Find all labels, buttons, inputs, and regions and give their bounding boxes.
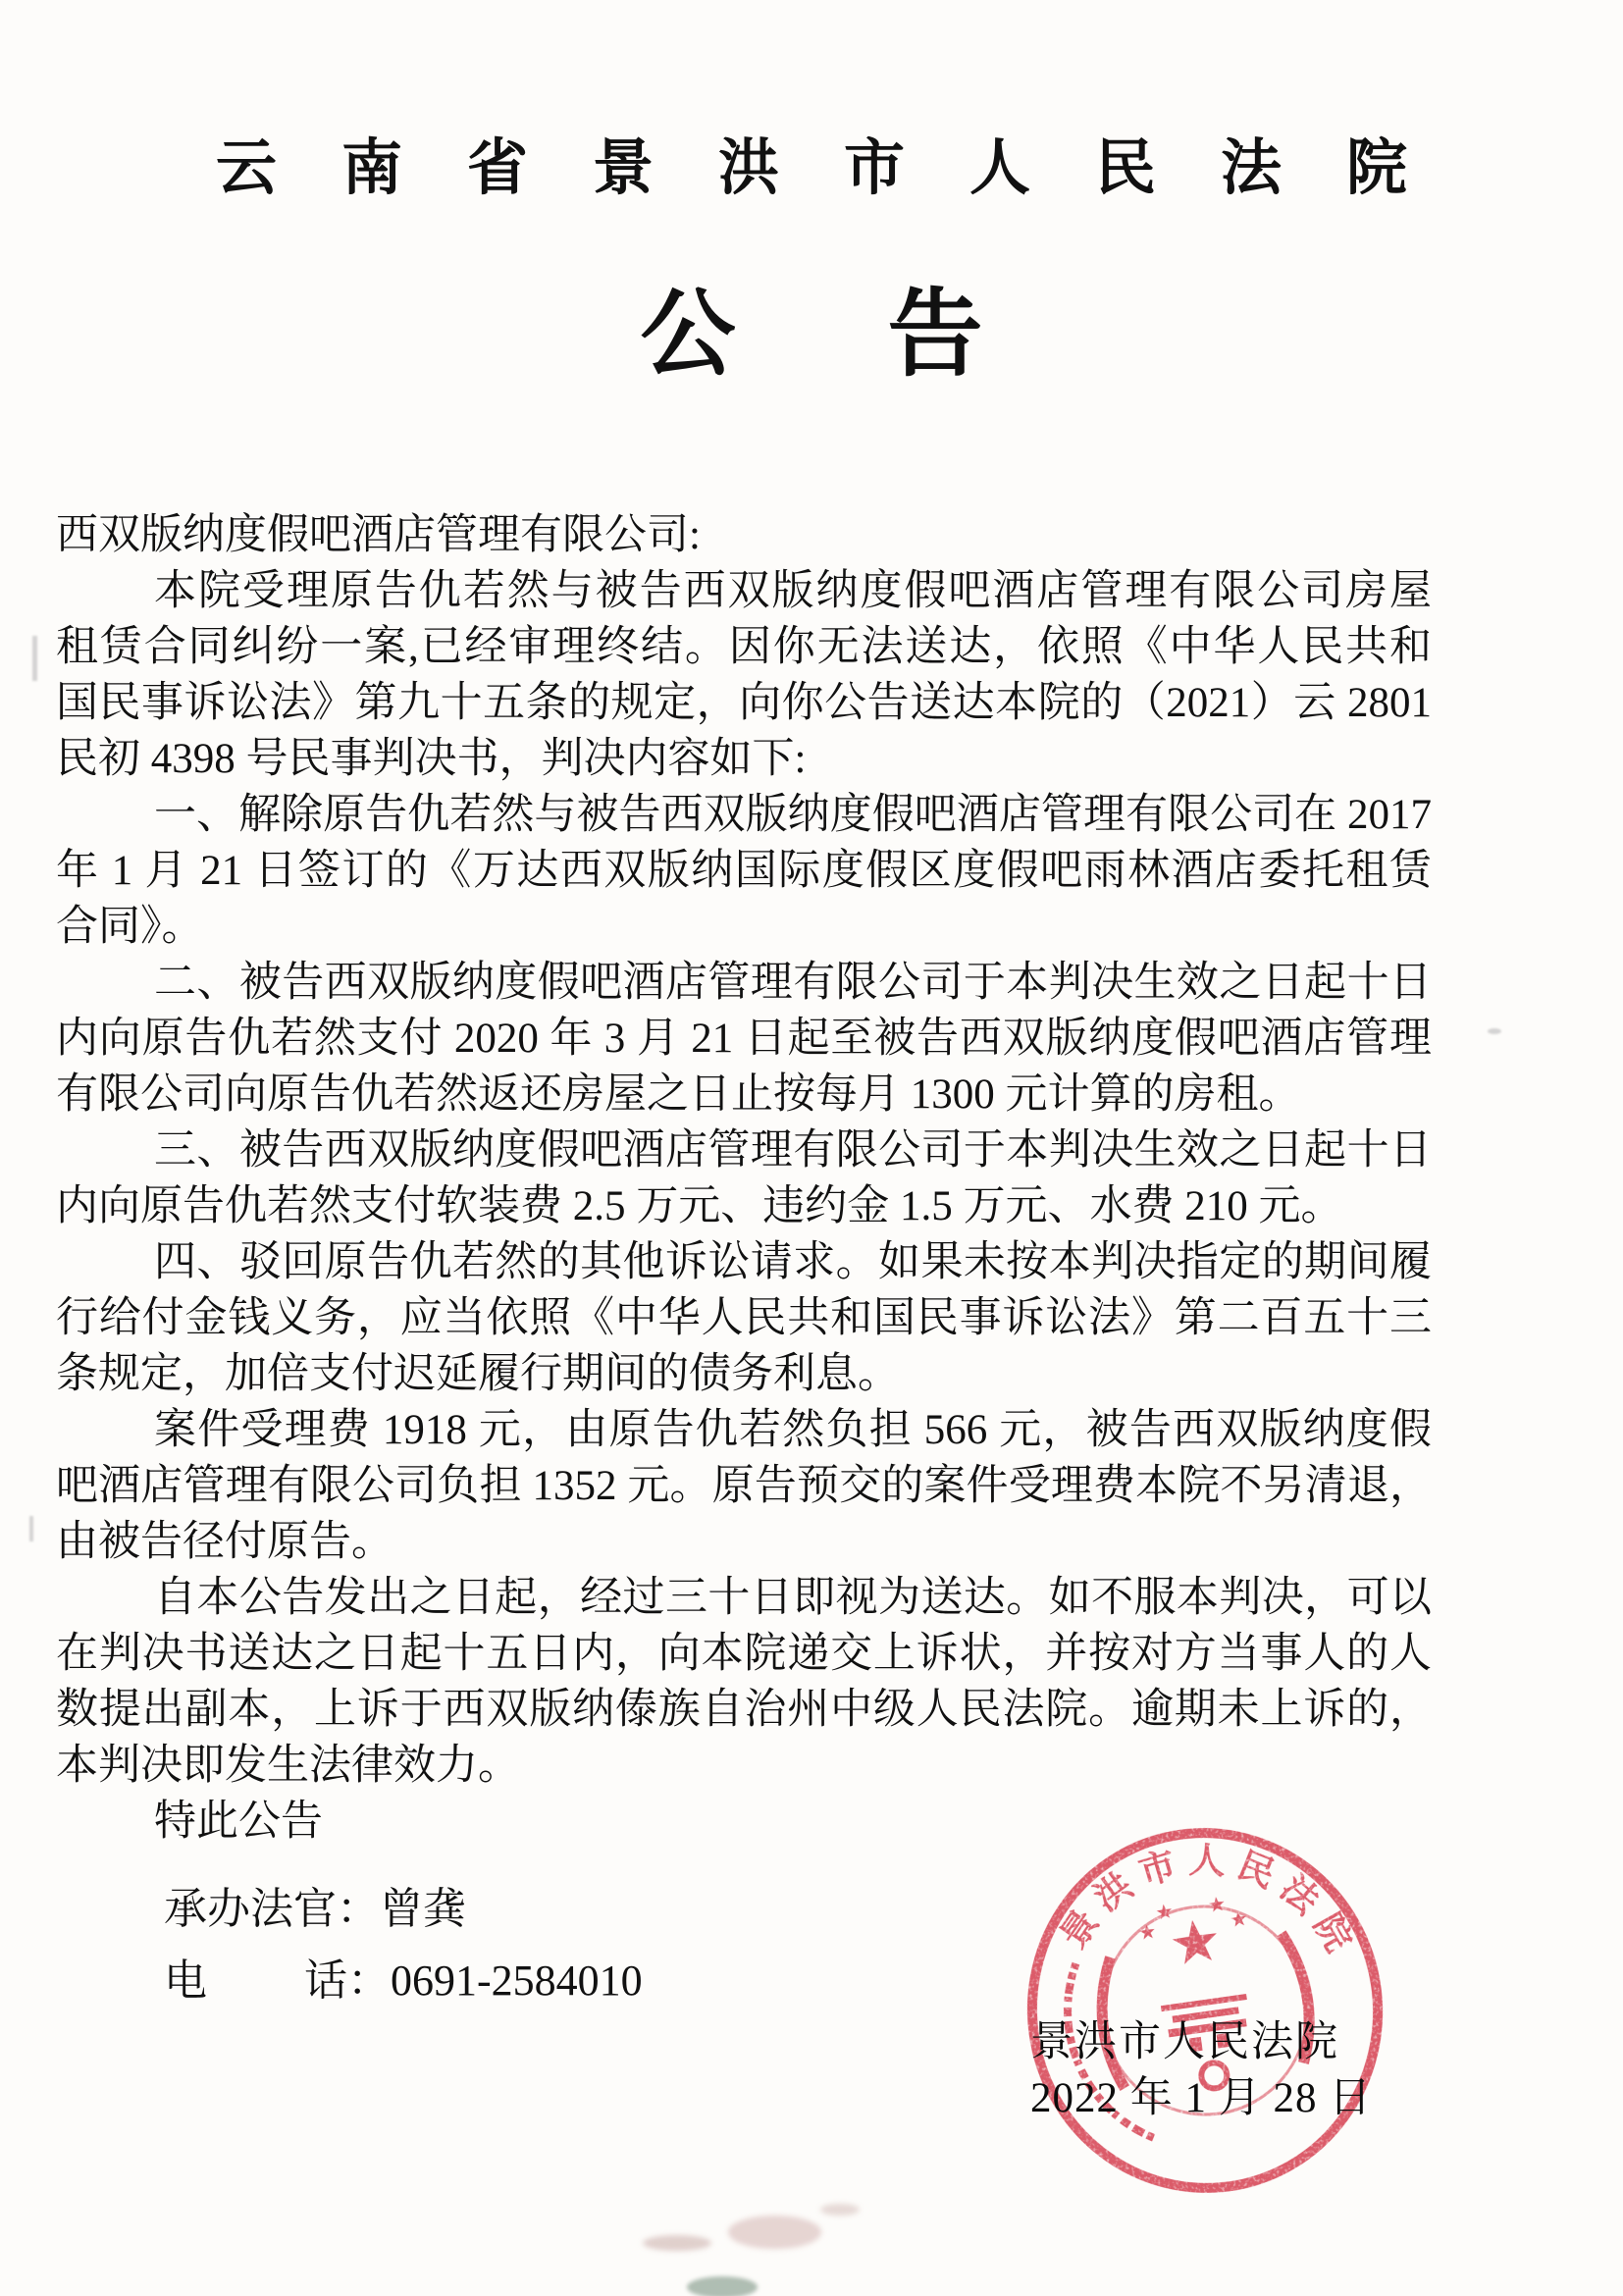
signature-block: 承办法官：曾龚 电 话：0691-2584010 <box>164 1873 1623 2016</box>
seal-arc-text-wrap: 景洪市人民法院 <box>1042 1819 1366 2005</box>
body-line: 租赁合同纠纷一案,已经审理终结。因你无法送达，依照《中华人民共和 <box>56 619 1432 675</box>
court-seal: 景洪市人民法院 <box>1019 1819 1391 2202</box>
body-line: 本院受理原告仇若然与被告西双版纳度假吧酒店管理有限公司房屋 <box>56 563 1432 619</box>
body-line: 三、被告西双版纳度假吧酒店管理有限公司于本判决生效之日起十日 <box>56 1122 1432 1178</box>
body-line: 案件受理费 1918 元，由原告仇若然负担 566 元，被告西双版纳度假 <box>56 1402 1432 1458</box>
body-line: 有限公司向原告仇若然返还房屋之日止按每月 1300 元计算的房租。 <box>56 1067 1432 1122</box>
scan-fleck <box>1488 1028 1501 1034</box>
stamp-court-name: 景洪市人民法院 <box>1030 2017 1372 2068</box>
body-line: 合同》。 <box>56 899 1432 955</box>
notice-body: 西双版纳度假吧酒店管理有限公司: 本院受理原告仇若然与被告西双版纳度假吧酒店管理… <box>56 507 1432 1850</box>
body-line: 自本公告发出之日起，经过三十日即视为送达。如不服本判决，可以 <box>56 1570 1432 1626</box>
stamp-date: 2022 年 1 月 28 日 <box>1030 2073 1372 2124</box>
emblem-big-star <box>1170 1917 1220 1965</box>
body-line: 国民事诉讼法》第九十五条的规定，向你公告送达本院的（2021）云 2801 <box>56 675 1432 731</box>
stamp-caption: 景洪市人民法院 2022 年 1 月 28 日 <box>1030 2017 1372 2124</box>
body-line: 四、驳回原告仇若然的其他诉讼请求。如果未按本判决指定的期间履 <box>56 1234 1432 1290</box>
body-line: 由被告径付原告。 <box>56 1514 1432 1570</box>
phone-line: 电 话：0691-2584010 <box>164 1945 1623 2016</box>
body-line: 行给付金钱义务，应当依照《中华人民共和国民事诉讼法》第二百五十三 <box>56 1290 1432 1346</box>
body-line: 条规定，加倍支付迟延履行期间的债务利息。 <box>56 1346 1432 1402</box>
seal-arc-text: 景洪市人民法院 <box>1042 1819 1366 2005</box>
body-line: 年 1 月 21 日签订的《万达西双版纳国际度假区度假吧雨林酒店委托租赁 <box>56 843 1432 899</box>
body-line: 本判决即发生法律效力。 <box>56 1738 1432 1794</box>
court-title: 云南省景洪市人民法院 <box>0 0 1623 201</box>
body-line: 吧酒店管理有限公司负担 1352 元。原告预交的案件受理费本院不另清退， <box>56 1458 1432 1514</box>
scan-fleck <box>29 1516 33 1541</box>
notice-title: 公告 <box>0 286 1623 386</box>
body-line: 二、被告西双版纳度假吧酒店管理有限公司于本判决生效之日起十日 <box>56 955 1432 1011</box>
body-line: 内向原告仇若然支付软装费 2.5 万元、违约金 1.5 万元、水费 210 元。 <box>56 1178 1432 1234</box>
body-line: 一、解除原告仇若然与被告西双版纳度假吧酒店管理有限公司在 2017 <box>56 787 1432 843</box>
body-line: 民初 4398 号民事判决书，判决内容如下: <box>56 731 1432 787</box>
body-line: 数提出副本，上诉于西双版纳傣族自治州中级人民法院。逾期未上诉的， <box>56 1682 1432 1738</box>
scan-smudge <box>643 2235 711 2251</box>
scan-fleck <box>32 636 37 681</box>
emblem-small-star <box>1208 1896 1225 1912</box>
body-line: 西双版纳度假吧酒店管理有限公司: <box>56 507 1432 563</box>
scan-smudge <box>687 2276 758 2296</box>
scan-smudge <box>820 2204 860 2216</box>
scanned-court-notice-page: 云南省景洪市人民法院 公告 西双版纳度假吧酒店管理有限公司: 本院受理原告仇若然… <box>0 0 1623 2296</box>
body-line: 内向原告仇若然支付 2020 年 3 月 21 日起至被告西双版纳度假吧酒店管理 <box>56 1011 1432 1067</box>
judge-line: 承办法官：曾龚 <box>164 1873 1623 1945</box>
body-line: 在判决书送达之日起十五日内，向本院递交上诉状，并按对方当事人的人 <box>56 1626 1432 1682</box>
scan-smudge <box>728 2216 821 2249</box>
